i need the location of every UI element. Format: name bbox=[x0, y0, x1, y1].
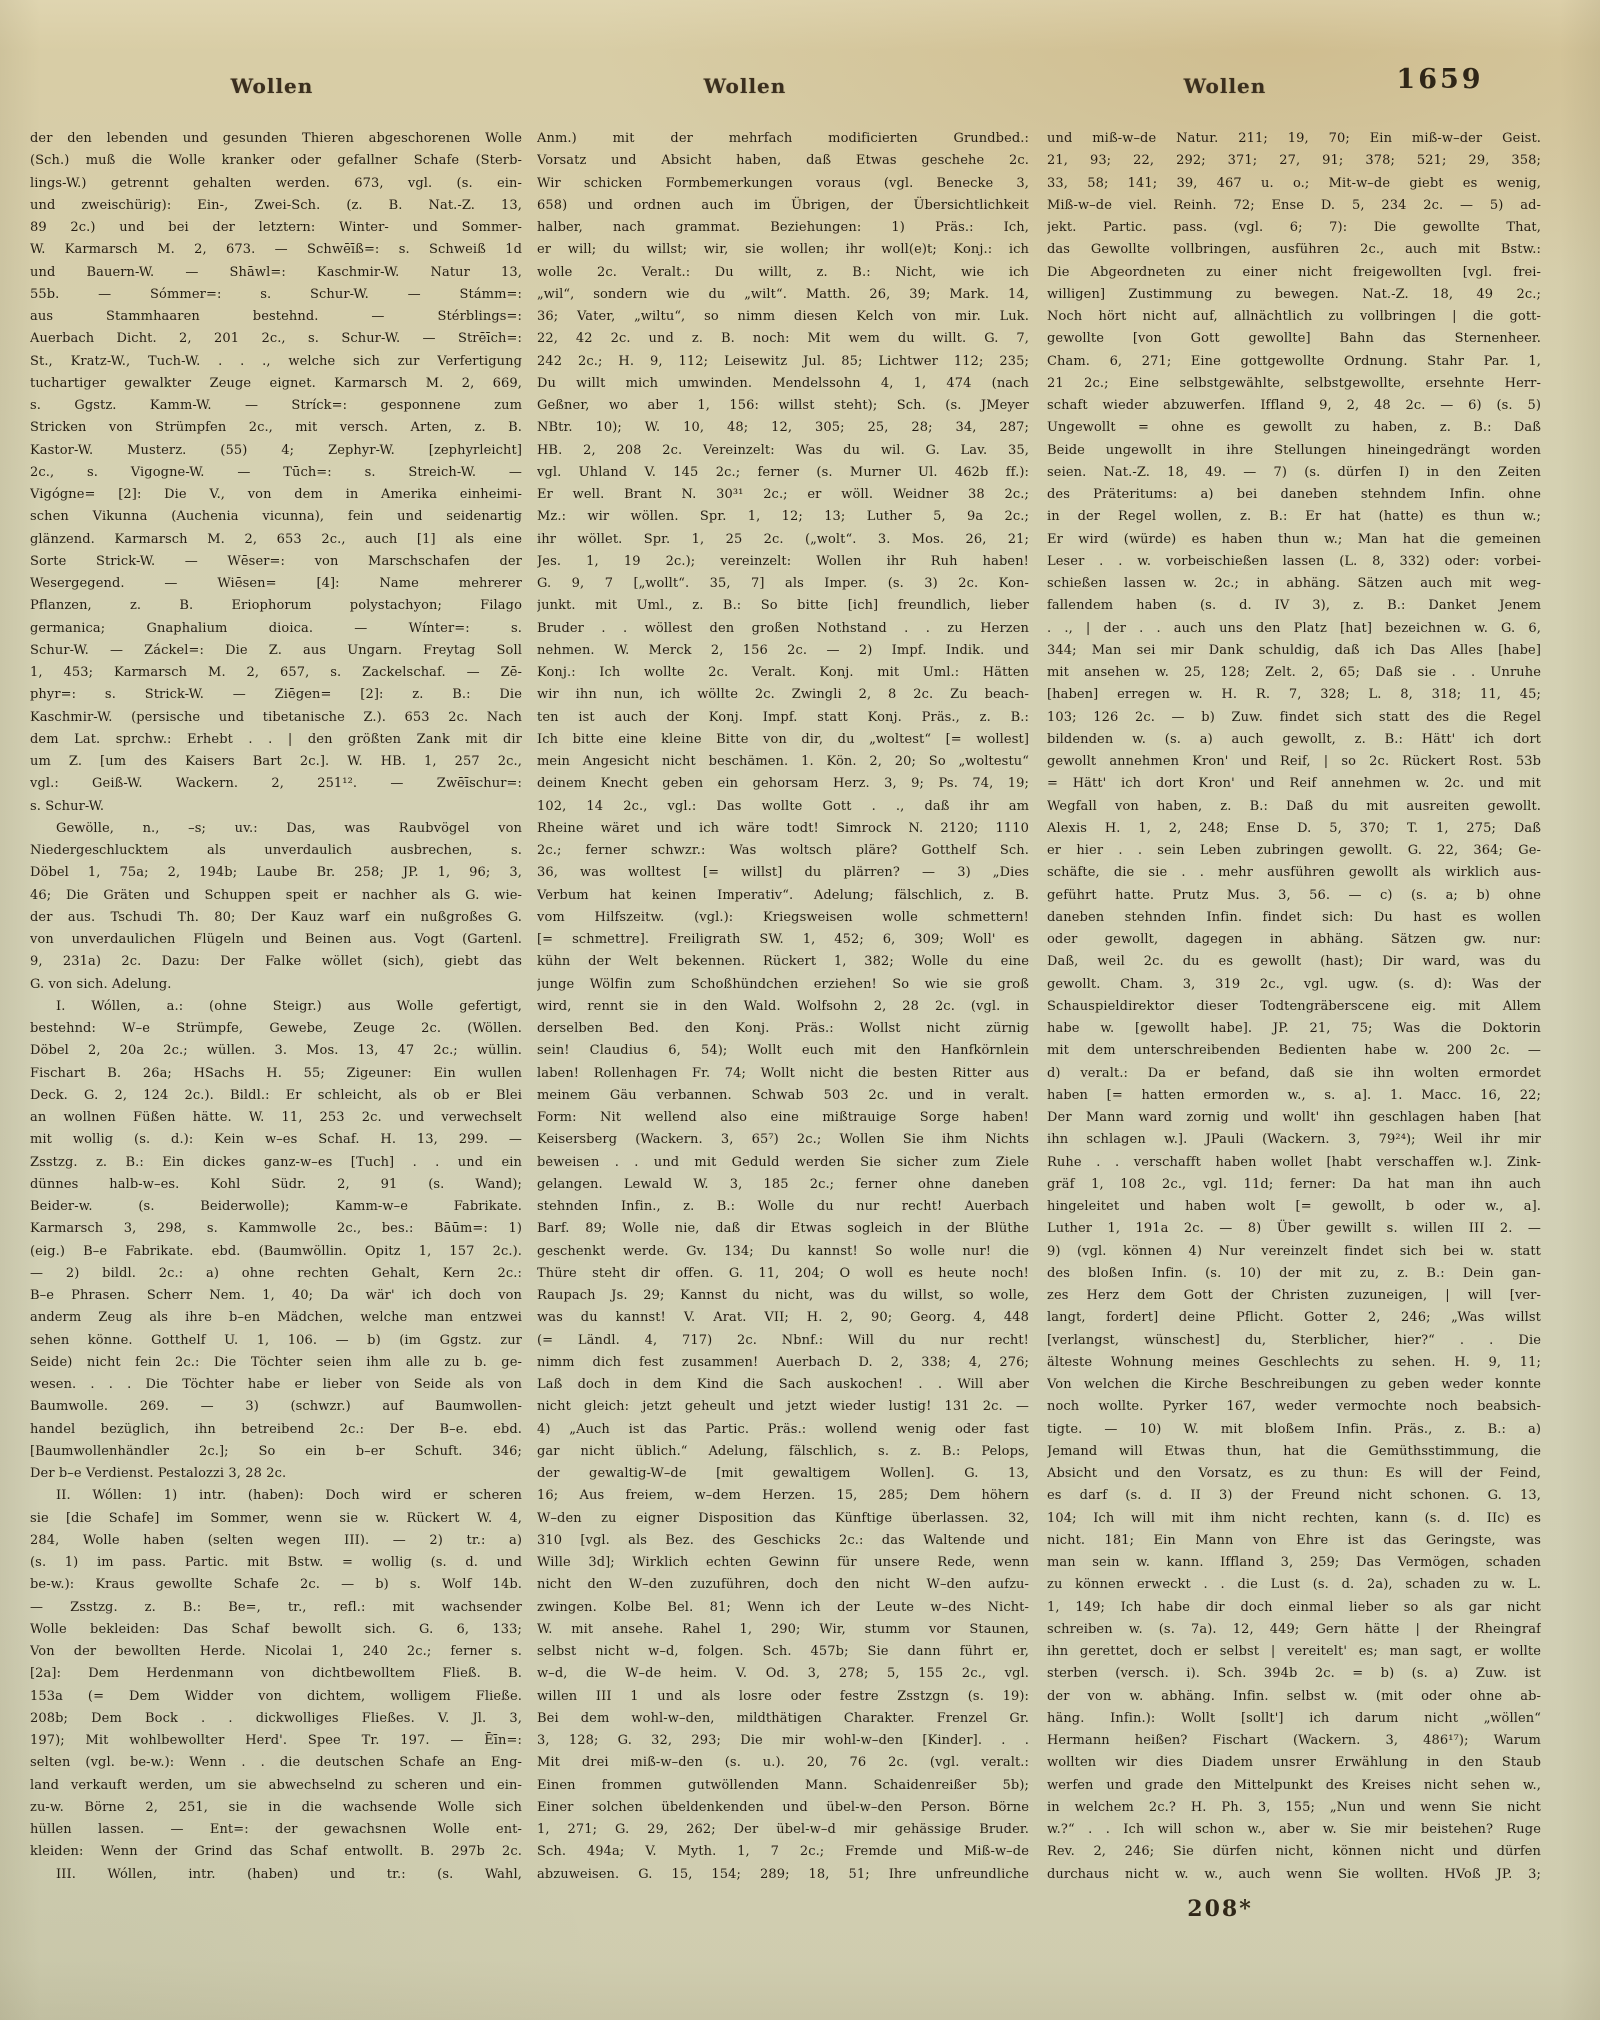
text-line: HB. 2, 208 2c. Vereinzelt: Was du wil. G… bbox=[537, 440, 1029, 462]
text-line: (s. 1) im pass. Partic. mit Bstw. = woll… bbox=[30, 1552, 522, 1574]
text-line: Noch hört nicht auf, allnächtlich zu vol… bbox=[1047, 306, 1541, 328]
text-line: Mz.: wir wöllen. Spr. 1, 12; 13; Luther … bbox=[537, 506, 1029, 528]
text-line: Stricken von Strümpfen 2c., mit versch. … bbox=[30, 417, 522, 439]
text-line: anderm Zeug als ihre b–en Mädchen, welch… bbox=[30, 1307, 522, 1329]
text-line: Einer solchen übeldenkenden und übel-w–d… bbox=[537, 1797, 1029, 1819]
text-line: junge Wölfin zum Schoßhündchen erziehen!… bbox=[537, 974, 1029, 996]
text-line: G. 9, 7 [„wollt“. 35, 7] als Imper. (s. … bbox=[537, 573, 1029, 595]
text-line: werfen und grade den Mittelpunkt des Kre… bbox=[1047, 1775, 1541, 1797]
text-line: tuchartiger gewalkter Zeuge eignet. Karm… bbox=[30, 373, 522, 395]
text-line: nicht den W–den zuzuführen, doch den nic… bbox=[537, 1574, 1029, 1596]
text-line: mit dem unterschreibenden Bedienten habe… bbox=[1047, 1040, 1541, 1062]
text-line: Leser . . w. vorbeischießen lassen (L. 8… bbox=[1047, 551, 1541, 573]
text-line: B–e Phrasen. Scherr Nem. 1, 40; Da wär' … bbox=[30, 1285, 522, 1307]
text-line: kleiden: Wenn der Grind das Schaf entwol… bbox=[30, 1841, 522, 1863]
text-line: Keisersberg (Wackern. 3, 65⁷) 2c.; Wolle… bbox=[537, 1129, 1029, 1151]
text-line: [verlangst, wünschest] du, Sterblicher, … bbox=[1047, 1330, 1541, 1352]
text-line: W. mit ansehe. Rahel 1, 290; Wir, stumm … bbox=[537, 1619, 1029, 1641]
text-line: (Sch.) muß die Wolle kranker oder gefall… bbox=[30, 150, 522, 172]
text-line: was du kannst! V. Arat. VII; H. 2, 90; G… bbox=[537, 1307, 1029, 1329]
text-line: 2c.; ferner schwzr.: Was woltsch pläre? … bbox=[537, 840, 1029, 862]
text-line: um Z. [um des Kaisers Bart 2c.]. W. HB. … bbox=[30, 751, 522, 773]
text-line: und miß-w–de Natur. 211; 19, 70; Ein miß… bbox=[1047, 128, 1541, 150]
text-line: der gewaltig-W–de [mit gewaltigem Wollen… bbox=[537, 1463, 1029, 1485]
text-line: W. Karmarsch M. 2, 673. — Schwēīß=: s. S… bbox=[30, 239, 522, 261]
text-line: Raupach Js. 29; Kannst du nicht, was du … bbox=[537, 1285, 1029, 1307]
text-line: habe w. [gewollt habe]. JP. 21, 75; Was … bbox=[1047, 1018, 1541, 1040]
text-line: dem Lat. sprchw.: Erhebt . . | den größt… bbox=[30, 729, 522, 751]
text-line: = Hätt' ich dort Kron' und Reif annehmen… bbox=[1047, 773, 1541, 795]
text-line: hüllen lassen. — Ent=: der gewachsnen Wo… bbox=[30, 1819, 522, 1841]
column-left: der den lebenden und gesunden Thieren ab… bbox=[30, 128, 522, 1886]
text-line: 89 2c.) und bei der letztern: Winter- un… bbox=[30, 217, 522, 239]
text-line: Sch. 494a; V. Myth. 1, 7 2c.; Fremde und… bbox=[537, 1841, 1029, 1863]
text-line: nimm dich fest zusammen! Auerbach D. 2, … bbox=[537, 1352, 1029, 1374]
text-line: Miß-w–de viel. Reinh. 72; Ense D. 5, 234… bbox=[1047, 195, 1541, 217]
text-line: Ich bitte eine kleine Bitte von dir, du … bbox=[537, 729, 1029, 751]
text-line: 103; 126 2c. — b) Zuw. findet sich statt… bbox=[1047, 707, 1541, 729]
text-line: nicht. 181; Ein Mann von Ehre ist das Ge… bbox=[1047, 1530, 1541, 1552]
text-line: Bruder . . wöllest den großen Nothstand … bbox=[537, 618, 1029, 640]
text-line: 21, 93; 22, 292; 371; 27, 91; 378; 521; … bbox=[1047, 150, 1541, 172]
text-line: beweisen . . und mit Geduld werden Sie s… bbox=[537, 1152, 1029, 1174]
text-line: sein! Claudius 6, 54); Wollt euch mit de… bbox=[537, 1040, 1029, 1062]
text-line: vgl. Uhland V. 145 2c.; ferner (s. Murne… bbox=[537, 462, 1029, 484]
text-line: Wesergegend. — Wiēsen= [4]: Name mehrere… bbox=[30, 573, 522, 595]
text-line: gewollt. Cham. 3, 319 2c., vgl. ugw. (s.… bbox=[1047, 974, 1541, 996]
text-line: 9) (vgl. können 4) Nur vereinzelt findet… bbox=[1047, 1241, 1541, 1263]
text-line: haben [= hatten ermorden w., s. a]. 1. M… bbox=[1047, 1085, 1541, 1107]
text-line: durchaus nicht w. w., auch wenn Sie woll… bbox=[1047, 1864, 1541, 1886]
text-line: Konj.: Ich wollte 2c. Veralt. Konj. mit … bbox=[537, 662, 1029, 684]
text-line: Deck. G. 2, 124 2c.). Bildl.: Er schleic… bbox=[30, 1085, 522, 1107]
text-line: „wil“, sondern wie du „wilt“. Matth. 26,… bbox=[537, 284, 1029, 306]
text-line: Schauspieldirektor dieser Todtengräbersc… bbox=[1047, 996, 1541, 1018]
text-line: und Bauern-W. — Shāwl=: Kaschmir-W. Natu… bbox=[30, 262, 522, 284]
text-line: in der Regel wollen, z. B.: Er hat (hatt… bbox=[1047, 506, 1541, 528]
column-center: Anm.) mit der mehrfach modificierten Gru… bbox=[537, 128, 1029, 1886]
text-line: derselben Bed. den Konj. Präs.: Wollst n… bbox=[537, 1018, 1029, 1040]
text-line: 16; Aus freiem, w–dem Herzen. 15, 285; D… bbox=[537, 1485, 1029, 1507]
text-line: der aus. Tschudi Th. 80; Der Kauz warf e… bbox=[30, 907, 522, 929]
text-line: langt, fordert] deine Pflicht. Gotter 2,… bbox=[1047, 1307, 1541, 1329]
running-head-right: Wollen bbox=[1155, 74, 1295, 98]
text-line: II. Wóllen: 1) intr. (haben): Doch wird … bbox=[30, 1485, 522, 1507]
text-line: älteste Wohnung meines Geschlechts zu se… bbox=[1047, 1352, 1541, 1374]
text-line: Seide) nicht fein 2c.: Die Töchter seien… bbox=[30, 1352, 522, 1374]
text-line: Der b–e Verdienst. Pestalozzi 3, 28 2c. bbox=[30, 1463, 522, 1485]
text-line: schäfte, die sie . . mehr ausführen gewo… bbox=[1047, 862, 1541, 884]
text-line: mit ansehen w. 25, 128; Zelt. 2, 65; Daß… bbox=[1047, 662, 1541, 684]
text-line: Geßner, wo aber 1, 156: willst steht); S… bbox=[537, 395, 1029, 417]
text-line: bildenden w. (s. a) auch gewollt, z. B.:… bbox=[1047, 729, 1541, 751]
text-line: nehmen. W. Merck 2, 156 2c. — 2) Impf. I… bbox=[537, 640, 1029, 662]
text-line: Hermann heißen? Fischart (Wackern. 3, 48… bbox=[1047, 1730, 1541, 1752]
text-line: Rheine wäret und ich wäre todt! Simrock … bbox=[537, 818, 1029, 840]
text-line: Wir schicken Formbemerkungen voraus (vgl… bbox=[537, 173, 1029, 195]
text-line: NBtr. 10); W. 10, 48; 12, 305; 25, 28; 3… bbox=[537, 417, 1029, 439]
text-line: w–d, die W–de heim. V. Od. 3, 278; 5, 15… bbox=[537, 1663, 1029, 1685]
text-line: Vigógne= [2]: Die V., von dem in Amerika… bbox=[30, 484, 522, 506]
text-line: mit wollig (s. d.): Kein w–es Schaf. H. … bbox=[30, 1129, 522, 1151]
text-line: man sein w. kann. Iffland 3, 259; Das Ve… bbox=[1047, 1552, 1541, 1574]
text-line: Von der bewollten Herde. Nicolai 1, 240 … bbox=[30, 1641, 522, 1663]
text-line: geschenkt werde. Gv. 134; Du kannst! So … bbox=[537, 1241, 1029, 1263]
running-head: Wollen Wollen Wollen 1659 bbox=[0, 0, 1600, 120]
text-line: Fischart B. 26a; HSachs H. 55; Zigeuner:… bbox=[30, 1063, 522, 1085]
text-line: dünnes halb-w–es. Kohl Südr. 2, 91 (s. W… bbox=[30, 1174, 522, 1196]
text-line: 1, 453; Karmarsch M. 2, 657, s. Zackelsc… bbox=[30, 662, 522, 684]
text-line: in welchem 2c.? H. Ph. 3, 155; „Nun und … bbox=[1047, 1797, 1541, 1819]
text-line: wolle 2c. Veralt.: Du willt, z. B.: Nich… bbox=[537, 262, 1029, 284]
text-line: (eig.) B–e Fabrikate. ebd. (Baumwöllin. … bbox=[30, 1241, 522, 1263]
text-line: Mit drei miß-w–den (s. u.). 20, 76 2c. (… bbox=[537, 1752, 1029, 1774]
text-line: St., Kratz-W., Tuch-W. . . ., welche sic… bbox=[30, 351, 522, 373]
text-line: Daß, weil 2c. du es gewollt (hast); Dir … bbox=[1047, 951, 1541, 973]
text-line: schen Vikunna (Auchenia vicunna), fein u… bbox=[30, 506, 522, 528]
text-line: Absicht und den Vorsatz, es zu thun: Es … bbox=[1047, 1463, 1541, 1485]
text-line: d) veralt.: Da er befand, daß sie ihn wo… bbox=[1047, 1063, 1541, 1085]
text-line: seien. Nat.-Z. 18, 49. — 7) (s. dürfen I… bbox=[1047, 462, 1541, 484]
text-line: noch wollte. Pyrker 167, weder vermochte… bbox=[1047, 1396, 1541, 1418]
text-line: Er wird (würde) es haben thun w.; Man ha… bbox=[1047, 529, 1541, 551]
text-line: Jes. 1, 19 2c.); vereinzelt: Wollen ihr … bbox=[537, 551, 1029, 573]
sheet-signature: 208* bbox=[1160, 1896, 1280, 1922]
text-line: [haben] erregen w. H. R. 7, 328; L. 8, 3… bbox=[1047, 684, 1541, 706]
text-line: sterben (versch. i). Sch. 394b 2c. = b) … bbox=[1047, 1663, 1541, 1685]
text-line: schreiben w. (s. 7a). 12, 449; Gern hätt… bbox=[1047, 1619, 1541, 1641]
text-line: [= schmettre]. Freiligrath SW. 1, 452; 6… bbox=[537, 929, 1029, 951]
text-line: Barf. 89; Wolle nie, daß dir Etwas sogle… bbox=[537, 1218, 1029, 1240]
text-line: gelangen. Lewald W. 3, 185 2c.; ferner o… bbox=[537, 1174, 1029, 1196]
text-line: wird, rennt sie in den Wald. Wolfsohn 2,… bbox=[537, 996, 1029, 1018]
text-line: selten (vgl. be-w.): Wenn . . die deutsc… bbox=[30, 1752, 522, 1774]
text-line: G. von sich. Adelung. bbox=[30, 974, 522, 996]
text-line: ihr wöllet. Spr. 1, 25 2c. („wolt“. 3. M… bbox=[537, 529, 1029, 551]
text-line: Jemand will Etwas thun, hat die Gemüthss… bbox=[1047, 1441, 1541, 1463]
text-line: Beider-w. (s. Beiderwolle); Kamm-w–e Fab… bbox=[30, 1196, 522, 1218]
text-line: w.?“ . . Ich will schon w., aber w. Sie … bbox=[1047, 1819, 1541, 1841]
text-line: Karmarsch 3, 298, s. Kammwolle 2c., bes.… bbox=[30, 1218, 522, 1240]
text-line: Verbum hat keinen Imperativ“. Adelung; f… bbox=[537, 885, 1029, 907]
text-line: wesen. . . . Die Töchter habe er lieber … bbox=[30, 1374, 522, 1396]
text-line: 4) „Auch ist das Partic. Präs.: wollend … bbox=[537, 1419, 1029, 1441]
text-line: gewollt annehmen Kron' und Reif, | so 2c… bbox=[1047, 751, 1541, 773]
text-line: mein Angesicht nicht beschämen. 1. Kön. … bbox=[537, 751, 1029, 773]
text-line: Kaschmir-W. (persische und tibetanische … bbox=[30, 707, 522, 729]
text-line: Gewölle, n., –s; uv.: Das, was Raubvögel… bbox=[30, 818, 522, 840]
text-line: Alexis H. 1, 2, 248; Ense D. 5, 370; T. … bbox=[1047, 818, 1541, 840]
text-line: 344; Man sei mir Dank schuldig, daß ich … bbox=[1047, 640, 1541, 662]
text-line: Thüre steht dir offen. G. 11, 204; O wol… bbox=[537, 1263, 1029, 1285]
text-line: Von welchen die Kirche Beschreibungen zu… bbox=[1047, 1374, 1541, 1396]
text-line: [2a]: Dem Herdenmann von dichtbewolltem … bbox=[30, 1663, 522, 1685]
text-line: Ungewollt = ohne es gewollt zu haben, z.… bbox=[1047, 417, 1541, 439]
text-line: bestehnd: W–e Strümpfe, Gewebe, Zeuge 2c… bbox=[30, 1018, 522, 1040]
text-line: glänzend. Karmarsch M. 2, 653 2c., auch … bbox=[30, 529, 522, 551]
text-line: es darf (s. d. II 3) der Freund nicht sc… bbox=[1047, 1485, 1541, 1507]
text-line: 153a (= Dem Widder von dichtem, wolligem… bbox=[30, 1686, 522, 1708]
text-line: phyr=: s. Strick-W. — Ziēgen= [2]: z. B.… bbox=[30, 684, 522, 706]
text-line: er will; du willst; wir, sie wollen; ihr… bbox=[537, 239, 1029, 261]
text-line: sie [die Schafe] im Sommer, wenn sie w. … bbox=[30, 1508, 522, 1530]
text-line: und zweischürig): Ein-, Zwei-Sch. (z. B.… bbox=[30, 195, 522, 217]
text-line: jekt. Partic. pass. (vgl. 6; 7): Die gew… bbox=[1047, 217, 1541, 239]
text-line: 102, 14 2c., vgl.: Das wollte Gott . ., … bbox=[537, 796, 1029, 818]
text-line: zes Herz dem Gott der Christen zuzuneige… bbox=[1047, 1285, 1541, 1307]
text-line: daneben stehnden Infin. findet sich: Du … bbox=[1047, 907, 1541, 929]
text-line: Sorte Strick-W. — Wēser=: von Marschscha… bbox=[30, 551, 522, 573]
text-line: Niedergeschlucktem als unverdaulich ausb… bbox=[30, 840, 522, 862]
text-line: I. Wóllen, a.: (ohne Steigr.) aus Wolle … bbox=[30, 996, 522, 1018]
text-line: Döbel 1, 75a; 2, 194b; Laube Br. 258; JP… bbox=[30, 862, 522, 884]
text-line: schaft wieder abzuwerfen. Iffland 9, 2, … bbox=[1047, 395, 1541, 417]
text-line: er hier . . sein Leben zubringen gewollt… bbox=[1047, 840, 1541, 862]
text-line: — 2) bildl. 2c.: a) ohne rechten Gehalt,… bbox=[30, 1263, 522, 1285]
text-line: s. Schur-W. bbox=[30, 796, 522, 818]
text-line: Pflanzen, z. B. Eriophorum polystachyon;… bbox=[30, 595, 522, 617]
text-line: 33, 58; 141; 39, 467 u. o.; Mit-w–de gie… bbox=[1047, 173, 1541, 195]
text-line: Schur-W. — Záckel=: Die Z. aus Ungarn. F… bbox=[30, 640, 522, 662]
text-line: laben! Rollenhagen Fr. 74; Wollt nicht d… bbox=[537, 1063, 1029, 1085]
text-line: wollten wir dies Diadem unsrer Erwählung… bbox=[1047, 1752, 1541, 1774]
text-line: (= Ländl. 4, 717) 2c. Nbnf.: Will du nur… bbox=[537, 1330, 1029, 1352]
text-line: 36; Vater, „wiltu“, so nimm diesen Kelch… bbox=[537, 306, 1029, 328]
text-line: 658) und ordnen auch im Übrigen, der Übe… bbox=[537, 195, 1029, 217]
text-line: Döbel 2, 20a 2c.; wüllen. 3. Mos. 13, 47… bbox=[30, 1040, 522, 1062]
text-line: ihn schlagen w.]. JPauli (Wackern. 3, 79… bbox=[1047, 1129, 1541, 1151]
text-line: Anm.) mit der mehrfach modificierten Gru… bbox=[537, 128, 1029, 150]
text-line: 46; Die Gräten und Schuppen speit er nac… bbox=[30, 885, 522, 907]
text-line: vom Hilfszeitw. (vgl.): Kriegsweisen wol… bbox=[537, 907, 1029, 929]
text-line: 284, Wolle haben (selten wegen III). — 2… bbox=[30, 1530, 522, 1552]
text-line: nicht gleich: jetzt geheult und jetzt wi… bbox=[537, 1396, 1029, 1418]
text-line: Baumwolle. 269. — 3) (schwzr.) auf Baumw… bbox=[30, 1396, 522, 1418]
text-line: 197); Mit wohlbewollter Herd'. Spee Tr. … bbox=[30, 1730, 522, 1752]
text-line: III. Wóllen, intr. (haben) und tr.: (s. … bbox=[30, 1864, 522, 1886]
text-line: an wollnen Füßen hätte. W. 11, 253 2c. u… bbox=[30, 1107, 522, 1129]
text-line: häng. Infin.): Wollt [sollt'] ich darum … bbox=[1047, 1708, 1541, 1730]
text-line: Laß doch in dem Kind die Sach auskochen!… bbox=[537, 1374, 1029, 1396]
text-line: Cham. 6, 271; Eine gottgewollte Ordnung.… bbox=[1047, 351, 1541, 373]
text-line: land verkauft werden, um sie abwechselnd… bbox=[30, 1775, 522, 1797]
text-line: fallendem haben (s. d. IV 3), z. B.: Dan… bbox=[1047, 595, 1541, 617]
text-line: 22, 42 2c. und z. B. noch: Mit wem du wi… bbox=[537, 328, 1029, 350]
text-line: Einen frommen gutwöllenden Mann. Schaide… bbox=[537, 1775, 1029, 1797]
text-line: 1, 149; Ich habe dir doch einmal lieber … bbox=[1047, 1597, 1541, 1619]
text-line: das Gewollte vollbringen, ausführen 2c.,… bbox=[1047, 239, 1541, 261]
text-line: [Baumwollenhändler 2c.]; So ein b–er Sch… bbox=[30, 1441, 522, 1463]
text-line: meinem Gäu verbannen. Schwab 503 2c. und… bbox=[537, 1085, 1029, 1107]
text-line: gar nicht üblich.“ Adelung, fälschlich, … bbox=[537, 1441, 1029, 1463]
text-line: W–den zu eigner Disposition das Künftige… bbox=[537, 1508, 1029, 1530]
page-number: 1659 bbox=[1385, 64, 1495, 95]
text-line: ten ist auch der Konj. Impf. statt Konj.… bbox=[537, 707, 1029, 729]
text-line: Zsstzg. z. B.: Ein dickes ganz-w–es [Tuc… bbox=[30, 1152, 522, 1174]
text-line: 21 2c.; Eine selbstgewählte, selbstgewol… bbox=[1047, 373, 1541, 395]
text-line: Ruhe . . verschafft haben wollet [habt v… bbox=[1047, 1152, 1541, 1174]
text-line: des bloßen Infin. (s. 10) der mit zu, z.… bbox=[1047, 1263, 1541, 1285]
text-line: 3, 128; G. 32, 293; Die mir wohl-w–den [… bbox=[537, 1730, 1029, 1752]
dictionary-scan-page: Wollen Wollen Wollen 1659 der den lebend… bbox=[0, 0, 1600, 2020]
text-line: handel bezüglich, ihn betreibend 2c.: De… bbox=[30, 1419, 522, 1441]
text-line: Die Abgeordneten zu einer nicht freigewo… bbox=[1047, 262, 1541, 284]
text-line: 208b; Dem Bock . . dickwolliges Fließes.… bbox=[30, 1708, 522, 1730]
text-line: Wegfall von haben, z. B.: Daß du mit aus… bbox=[1047, 796, 1541, 818]
text-line: stehnden Infin., z. B.: Wolle du nur rec… bbox=[537, 1196, 1029, 1218]
column-right: und miß-w–de Natur. 211; 19, 70; Ein miß… bbox=[1047, 128, 1541, 1886]
text-line: aus Stammhaaren bestehnd. — Stérblings=: bbox=[30, 306, 522, 328]
text-line: 9, 231a) 2c. Dazu: Der Falke wöllet (sic… bbox=[30, 951, 522, 973]
text-line: — Zsstzg. z. B.: Be=, tr., refl.: mit wa… bbox=[30, 1597, 522, 1619]
text-line: sehen könne. Gotthelf U. 1, 106. — b) (i… bbox=[30, 1330, 522, 1352]
text-line: Beide ungewollt in ihre Stellungen hinei… bbox=[1047, 440, 1541, 462]
text-line: germanica; Gnaphalium dioica. — Wínter=:… bbox=[30, 618, 522, 640]
text-line: willen III 1 und als losre oder festre Z… bbox=[537, 1686, 1029, 1708]
text-line: Wille 3d]; Wirklich echten Gewinn für un… bbox=[537, 1552, 1029, 1574]
text-line: Luther 1, 191a 2c. — 8) Über gewillt s. … bbox=[1047, 1218, 1541, 1240]
text-line: Bei dem wohl-w–den, mildthätigen Charakt… bbox=[537, 1708, 1029, 1730]
text-line: tigte. — 10) W. mit bloßem Infin. Präs.,… bbox=[1047, 1419, 1541, 1441]
text-line: Wolle bekleiden: Das Schaf bewollt sich.… bbox=[30, 1619, 522, 1641]
text-line: selbst nicht w–d, folgen. Sch. 457b; Sie… bbox=[537, 1641, 1029, 1663]
text-line: zu können erweckt . . die Lust (s. d. 2a… bbox=[1047, 1574, 1541, 1596]
text-line: 36, was wolltest [= willst] du plärren? … bbox=[537, 862, 1029, 884]
text-line: wir ihn nun, ich wöllte 2c. Zwingli 2, 8… bbox=[537, 684, 1029, 706]
text-line: der von w. abhäng. Infin. selbst w. (mit… bbox=[1047, 1686, 1541, 1708]
text-line: schießen lassen w. 2c.; in abhäng. Sätze… bbox=[1047, 573, 1541, 595]
text-line: 310 [vgl. als Bez. des Geschicks 2c.: da… bbox=[537, 1530, 1029, 1552]
text-line: Rev. 2, 246; Sie dürfen nicht, können ni… bbox=[1047, 1841, 1541, 1863]
text-line: oder gewollt, dagegen in abhäng. Sätzen … bbox=[1047, 929, 1541, 951]
text-line: zwingen. Kolbe Bel. 81; Wenn ich der Leu… bbox=[537, 1597, 1029, 1619]
text-line: 55b. — Sómmer=: s. Schur-W. — Stámm=: bbox=[30, 284, 522, 306]
running-head-left: Wollen bbox=[202, 74, 342, 98]
text-line: kühn der Welt bekennen. Rückert 1, 382; … bbox=[537, 951, 1029, 973]
text-line: geführt hatte. Prutz Mus. 3, 56. — c) (s… bbox=[1047, 885, 1541, 907]
text-line: 242 2c.; H. 9, 112; Leisewitz Jul. 85; L… bbox=[537, 351, 1029, 373]
text-line: be-w.): Kraus gewollte Schafe 2c. — b) s… bbox=[30, 1574, 522, 1596]
text-line: . ., | der . . auch uns den Platz [hat] … bbox=[1047, 618, 1541, 640]
running-head-center: Wollen bbox=[675, 74, 815, 98]
text-line: abzuweisen. G. 15, 154; 289; 18, 51; Ihr… bbox=[537, 1864, 1029, 1886]
text-line: 1, 271; G. 29, 262; Der übel-w–d mir geh… bbox=[537, 1819, 1029, 1841]
text-line: Auerbach Dicht. 2, 201 2c., s. Schur-W. … bbox=[30, 328, 522, 350]
text-line: lings-W.) getrennt gehalten werden. 673,… bbox=[30, 173, 522, 195]
text-line: 104; Ich will mit ihm nicht rechten, kan… bbox=[1047, 1508, 1541, 1530]
text-line: gräf 1, 108 2c., vgl. 11d; ferner: Da ha… bbox=[1047, 1174, 1541, 1196]
text-line: deinem Knecht geben ein gehorsam Herz. 3… bbox=[537, 773, 1029, 795]
text-line: zu-w. Börne 2, 251, sie in die wachsende… bbox=[30, 1797, 522, 1819]
text-line: s. Ggstz. Kamm-W. — Stríck=: gesponnene … bbox=[30, 395, 522, 417]
text-line: junkt. mit Uml., z. B.: So bitte [ich] f… bbox=[537, 595, 1029, 617]
text-line: hingeleitet und haben wolt [= gewollt, b… bbox=[1047, 1196, 1541, 1218]
text-line: 2c., s. Vigogne-W. — Tūch=: s. Streich-W… bbox=[30, 462, 522, 484]
text-line: gewollte [von Gott gewollte] Bahn das St… bbox=[1047, 328, 1541, 350]
text-line: Er well. Brant N. 30³¹ 2c.; er wöll. Wei… bbox=[537, 484, 1029, 506]
text-line: Der Mann ward zornig und wollt' ihn gesc… bbox=[1047, 1107, 1541, 1129]
text-line: von unverdaulichen Flügeln und Beinen au… bbox=[30, 929, 522, 951]
text-line: der den lebenden und gesunden Thieren ab… bbox=[30, 128, 522, 150]
text-line: Form: Nit wellend also eine mißtrauige S… bbox=[537, 1107, 1029, 1129]
text-line: Du willt mich umwinden. Mendelssohn 4, 1… bbox=[537, 373, 1029, 395]
text-line: Vorsatz und Absicht haben, daß Etwas ges… bbox=[537, 150, 1029, 172]
text-line: halber, nach grammat. Beziehungen: 1) Pr… bbox=[537, 217, 1029, 239]
text-line: Kastor-W. Musterz. (55) 4; Zephyr-W. [ze… bbox=[30, 440, 522, 462]
text-line: vgl.: Geiß-W. Wackern. 2, 251¹². — Zwēīs… bbox=[30, 773, 522, 795]
text-line: des Präteritums: a) bei daneben stehndem… bbox=[1047, 484, 1541, 506]
text-line: ihn gerettet, doch er selbst | vereitelt… bbox=[1047, 1641, 1541, 1663]
text-line: willigen] Zustimmung zu bewegen. Nat.-Z.… bbox=[1047, 284, 1541, 306]
